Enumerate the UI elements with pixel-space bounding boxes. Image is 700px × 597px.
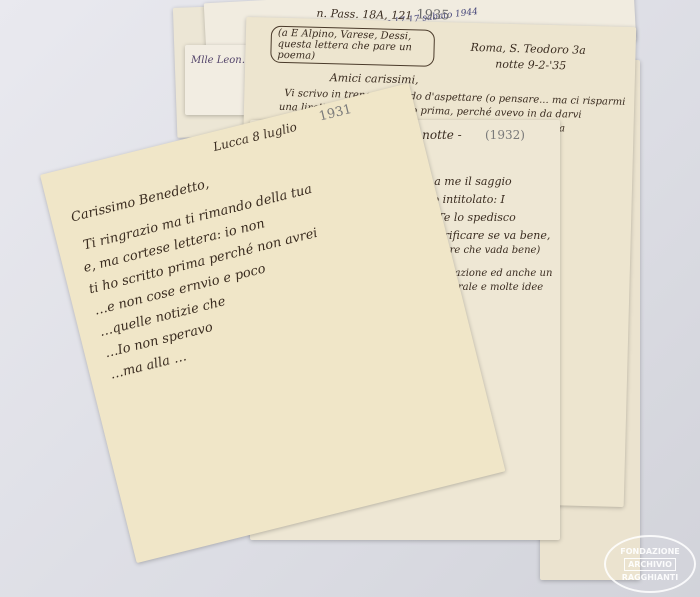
- letter-1935-place: Roma, S. Teodoro 3a: [470, 41, 586, 57]
- letter-1935-year: 1935: [416, 7, 449, 23]
- letter-1935-date-note: n. Pass. 18A, 121: [316, 7, 412, 23]
- stamp-bottom: RAGGHIANTI: [622, 572, 678, 583]
- small-note-scribble: Mlle Leon…: [191, 55, 252, 66]
- letter-1931-year: 1931: [318, 102, 354, 125]
- stamp-top: FONDAZIONE: [620, 546, 680, 557]
- archive-stamp: FONDAZIONE ARCHIVIO RAGGHIANTI: [604, 535, 696, 593]
- letter-1932-year: (1932): [485, 128, 525, 142]
- stamp-middle: ARCHIVIO: [624, 558, 676, 571]
- letter-1935-annotation: (a E Alpino, Varese, Dessi, questa lette…: [270, 26, 435, 67]
- letter-1935-date: notte 9-2-'35: [495, 58, 566, 73]
